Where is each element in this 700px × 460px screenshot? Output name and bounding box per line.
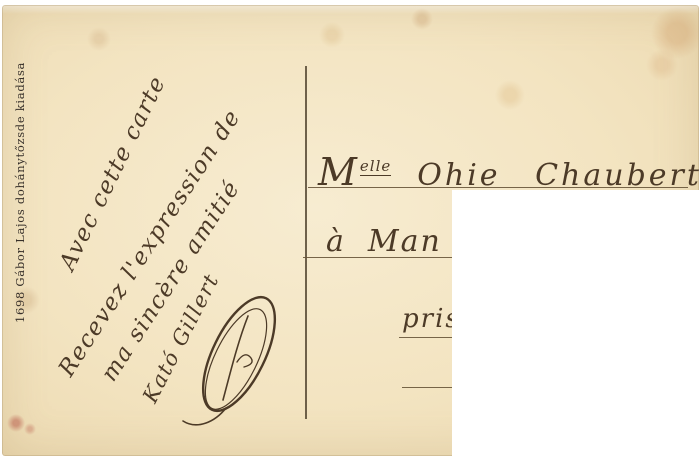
white-cutout-region	[452, 190, 700, 460]
address-line-2-text: Man	[368, 224, 442, 259]
address-line-2-prefix: à	[326, 224, 346, 259]
address-rule-1	[308, 187, 688, 188]
signature-flourish	[193, 282, 285, 432]
postcard-scan: { "postcard": { "publisher_imprint": "16…	[0, 0, 700, 460]
address-line-2: àMan	[326, 224, 442, 259]
recipient-title-superscript: elle	[360, 157, 391, 176]
publisher-imprint: 1698 Gábor Lajos dohánytőzsde kiadása	[13, 83, 35, 323]
postcard-divider-line	[305, 66, 307, 419]
